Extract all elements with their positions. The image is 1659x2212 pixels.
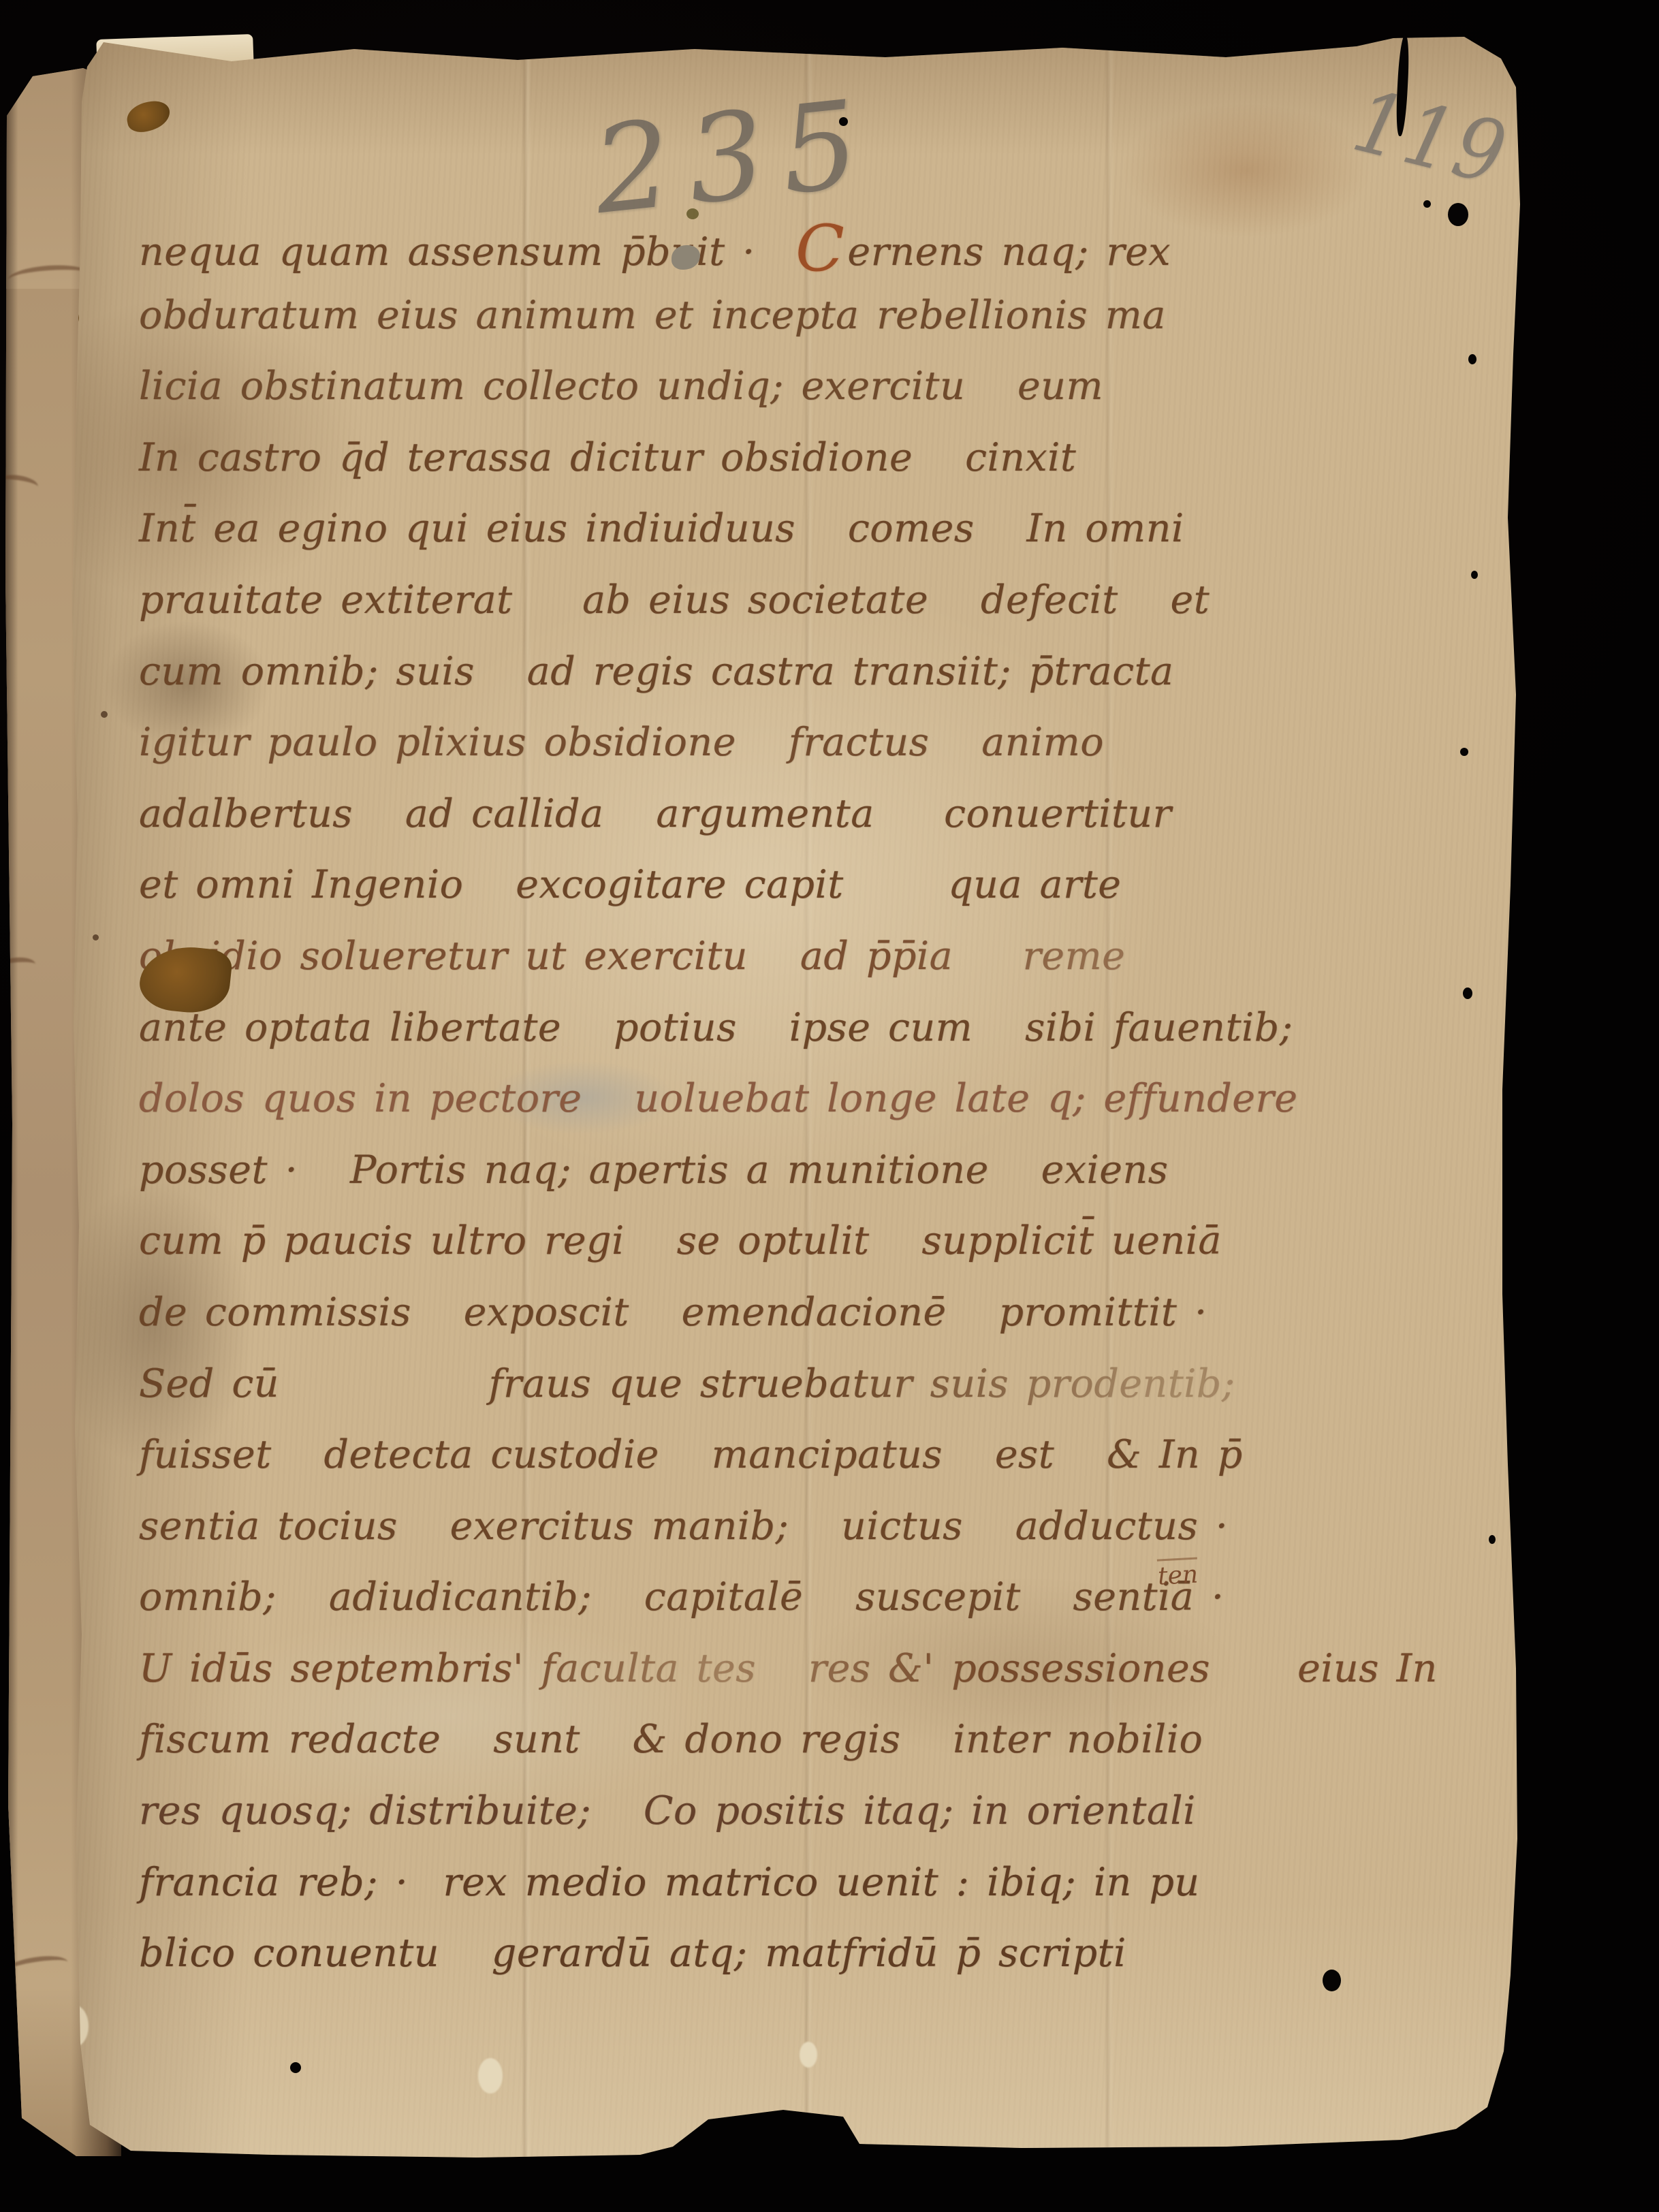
line-text: res quosq; distribuite; Co positis itaq;…: [139, 1788, 1196, 1833]
manuscript-line: In castro q̄d terassa dicitur obsidione …: [139, 422, 1508, 494]
parchment-hole: [124, 98, 172, 135]
line-text: cum omnib; suis ad regis castra transiit…: [139, 649, 1174, 694]
line-text: omnib; adiudicantib; capitalē suscepit …: [139, 1575, 1224, 1619]
line-text: cum p̄ paucis ultro regi se optulit supp…: [139, 1218, 1222, 1263]
line-text: blico conuentu gerardū atq; matfridū p…: [139, 1931, 1126, 1976]
ink-offset-mark: [0, 956, 36, 975]
line-text: fuisset detecta custodie mancipatus est …: [139, 1432, 1243, 1477]
pencil-folio-number: 119: [1344, 72, 1517, 205]
manuscript-line: de commissis exposcit emendacionē promi…: [139, 1277, 1508, 1348]
manuscript-line: posset · Portis naq; apertis a munitione…: [139, 1135, 1508, 1206]
line-text: fiscum redacte sunt & dono regis inter n…: [139, 1717, 1203, 1762]
text-block: nequa quam assensum p̄buit · Cernens naq…: [139, 208, 1508, 1989]
flesh-side-spot: [800, 2042, 817, 2068]
manuscript-line: omnib; adiudicantib; capitalē suscepit …: [139, 1562, 1508, 1633]
manuscript-line: res quosq; distribuite; Co positis itaq;…: [139, 1775, 1508, 1847]
line-text: ernens naq; rex: [847, 230, 1171, 274]
wormhole: [290, 2062, 301, 2073]
manuscript-line: blico conuentu gerardū atq; matfridū p…: [139, 1918, 1508, 1989]
wormhole: [839, 117, 848, 126]
line-text: et omni Ingenio excogitare capit qua art…: [139, 862, 1121, 907]
wormhole: [1489, 1535, 1496, 1544]
line-text: U idūs septembris' faculta tes res &' p…: [139, 1646, 1438, 1691]
ink-offset-mark: [1, 1953, 69, 1982]
manuscript-line: sentia tocius exercitus manib; uictus ad…: [139, 1491, 1508, 1562]
ink-spot: [686, 208, 699, 219]
wormhole: [1460, 748, 1468, 756]
line-text: licia obstinatum collecto undiq; exercit…: [139, 364, 1103, 409]
line-text: ante optata libertate potius ipse cum si…: [139, 1005, 1293, 1050]
interlinear-correction: ten: [1157, 1557, 1199, 1590]
line-text: francia reb; · rex medio matrico uenit :…: [139, 1860, 1200, 1905]
manuscript-photo: 235 119 nequa quam assensum p̄buit · Cer…: [0, 0, 1659, 2212]
manuscript-line: ante optata libertate potius ipse cum si…: [139, 992, 1508, 1064]
wormhole: [1468, 354, 1476, 364]
wormhole: [1323, 1970, 1341, 1991]
manuscript-line: obduratum eius animum et incepta rebelli…: [139, 280, 1508, 351]
line-text: obduratum eius animum et incepta rebelli…: [139, 293, 1166, 338]
manuscript-line: licia obstinatum collecto undiq; exercit…: [139, 351, 1508, 422]
line-text: igitur paulo plixius obsidione fractus a…: [139, 720, 1104, 765]
wormhole: [1448, 203, 1468, 226]
manuscript-line: fiscum redacte sunt & dono regis inter n…: [139, 1704, 1508, 1775]
manuscript-line: U idūs septembris' faculta tes res &' p…: [139, 1633, 1508, 1705]
manuscript-line: adalbertus ad callida argumenta conuerti…: [139, 778, 1508, 850]
manuscript-line: dolos quos in pectore uoluebat longe lat…: [139, 1063, 1508, 1135]
manuscript-line: Sed cū fraus que struebatur suis proden…: [139, 1348, 1508, 1420]
line-text: sentia tocius exercitus manib; uictus ad…: [139, 1504, 1228, 1549]
manuscript-line: nequa quam assensum p̄buit · Cernens naq…: [139, 208, 1508, 280]
wormhole: [1471, 571, 1478, 579]
rubricated-initial: C: [795, 212, 844, 286]
manuscript-line: prauitate extiterat ab eius societate de…: [139, 565, 1508, 636]
manuscript-line: Int̄ ea egino qui eius indiuiduus comes …: [139, 493, 1508, 565]
manuscript-line: francia reb; · rex medio matrico uenit :…: [139, 1847, 1508, 1918]
line-text: posset · Portis naq; apertis a munitione…: [139, 1148, 1168, 1192]
wormhole: [1423, 200, 1431, 208]
line-text: Sed cū fraus que struebatur suis proden…: [139, 1361, 1235, 1406]
manuscript-line: et omni Ingenio excogitare capit qua art…: [139, 849, 1508, 921]
parchment-page: 235 119 nequa quam assensum p̄buit · Cer…: [0, 0, 1659, 2212]
line-text: In castro q̄d terassa dicitur obsidione …: [139, 435, 1076, 480]
wormhole: [1463, 987, 1472, 999]
manuscript-line: fuisset detecta custodie mancipatus est …: [139, 1419, 1508, 1491]
line-text: adalbertus ad callida argumenta conuerti…: [139, 791, 1171, 836]
line-text: Int̄ ea egino qui eius indiuiduus comes …: [139, 506, 1184, 551]
ink-offset-mark: [0, 473, 39, 495]
manuscript-line: obsidio solueretur ut exercitu ad p̄p̄ia…: [139, 921, 1508, 992]
line-text: de commissis exposcit emendacionē promi…: [139, 1290, 1207, 1335]
ink-offset-mark: [7, 263, 91, 291]
line-text: obsidio solueretur ut exercitu ad p̄p̄ia…: [139, 934, 1125, 979]
ink-spot: [93, 934, 99, 941]
manuscript-line: cum p̄ paucis ultro regi se optulit supp…: [139, 1205, 1508, 1277]
line-text: prauitate extiterat ab eius societate de…: [139, 578, 1210, 622]
line-text: dolos quos in pectore uoluebat longe lat…: [139, 1076, 1298, 1121]
ink-spot: [101, 711, 108, 718]
flesh-side-spot: [478, 2058, 503, 2093]
manuscript-line: cum omnib; suis ad regis castra transiit…: [139, 636, 1508, 708]
manuscript-line: igitur paulo plixius obsidione fractus a…: [139, 707, 1508, 778]
